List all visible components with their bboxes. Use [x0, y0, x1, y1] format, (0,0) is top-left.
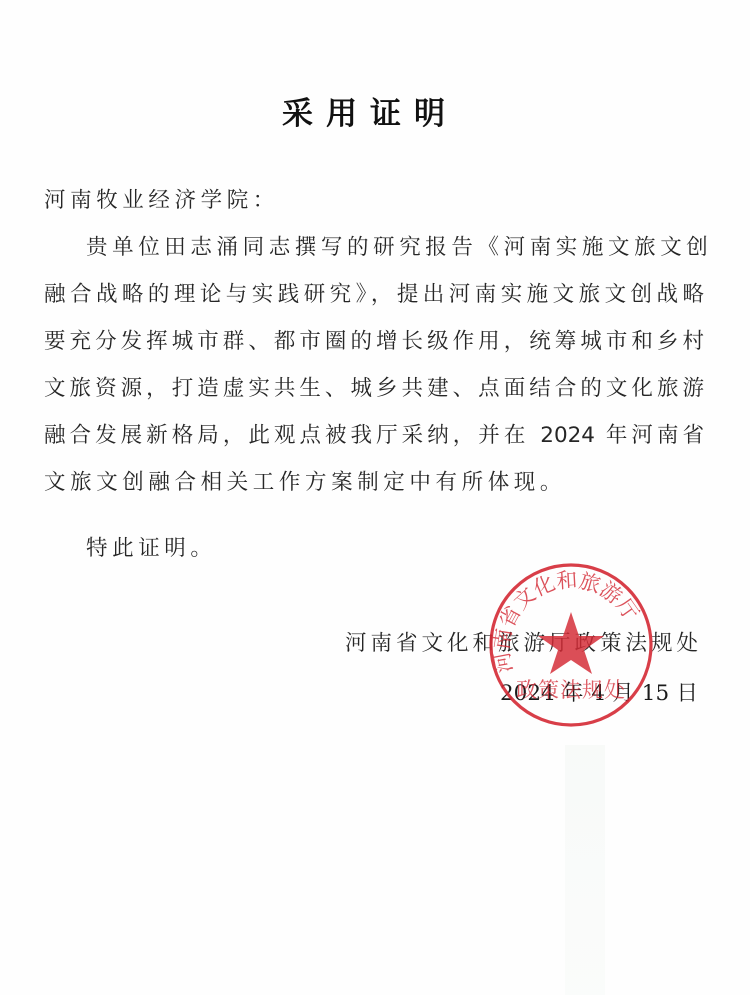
issuer-signature: 河南省文化和旅游厅政策法规处 [345, 626, 700, 657]
body-line-6: 文旅文创融合相关工作方案制定中有所体现。 [44, 468, 566, 498]
certificate-page: 采用证明 河南牧业经济学院： 贵单位田志涌同志撰写的研究报告《河南实施文旅文创 … [0, 0, 750, 995]
faint-watermark [565, 745, 605, 995]
body-line-4: 文旅资源，打造虚实共生、城乡共建、点面结合的文化旅游 [44, 374, 704, 404]
closing-statement: 特此证明。 [86, 531, 217, 562]
body-line-3: 要充分发挥城市群、都市圈的增长级作用，统筹城市和乡村 [44, 327, 704, 357]
document-title: 采用证明 [0, 88, 740, 133]
seal-outer-text: 河南省文化和旅游厅 [489, 568, 643, 675]
body-line-1: 贵单位田志涌同志撰写的研究报告《河南实施文旅文创 [86, 233, 712, 263]
salutation: 河南牧业经济学院： [44, 186, 279, 216]
issue-date: 2024 年 4 月 15 日 [500, 676, 698, 707]
body-line-2: 融合战略的理论与实践研究》，提出河南实施文旅文创战略 [44, 280, 704, 310]
body-line-5: 融合发展新格局，此观点被我厅采纳，并在 2024 年河南省 [44, 421, 704, 451]
